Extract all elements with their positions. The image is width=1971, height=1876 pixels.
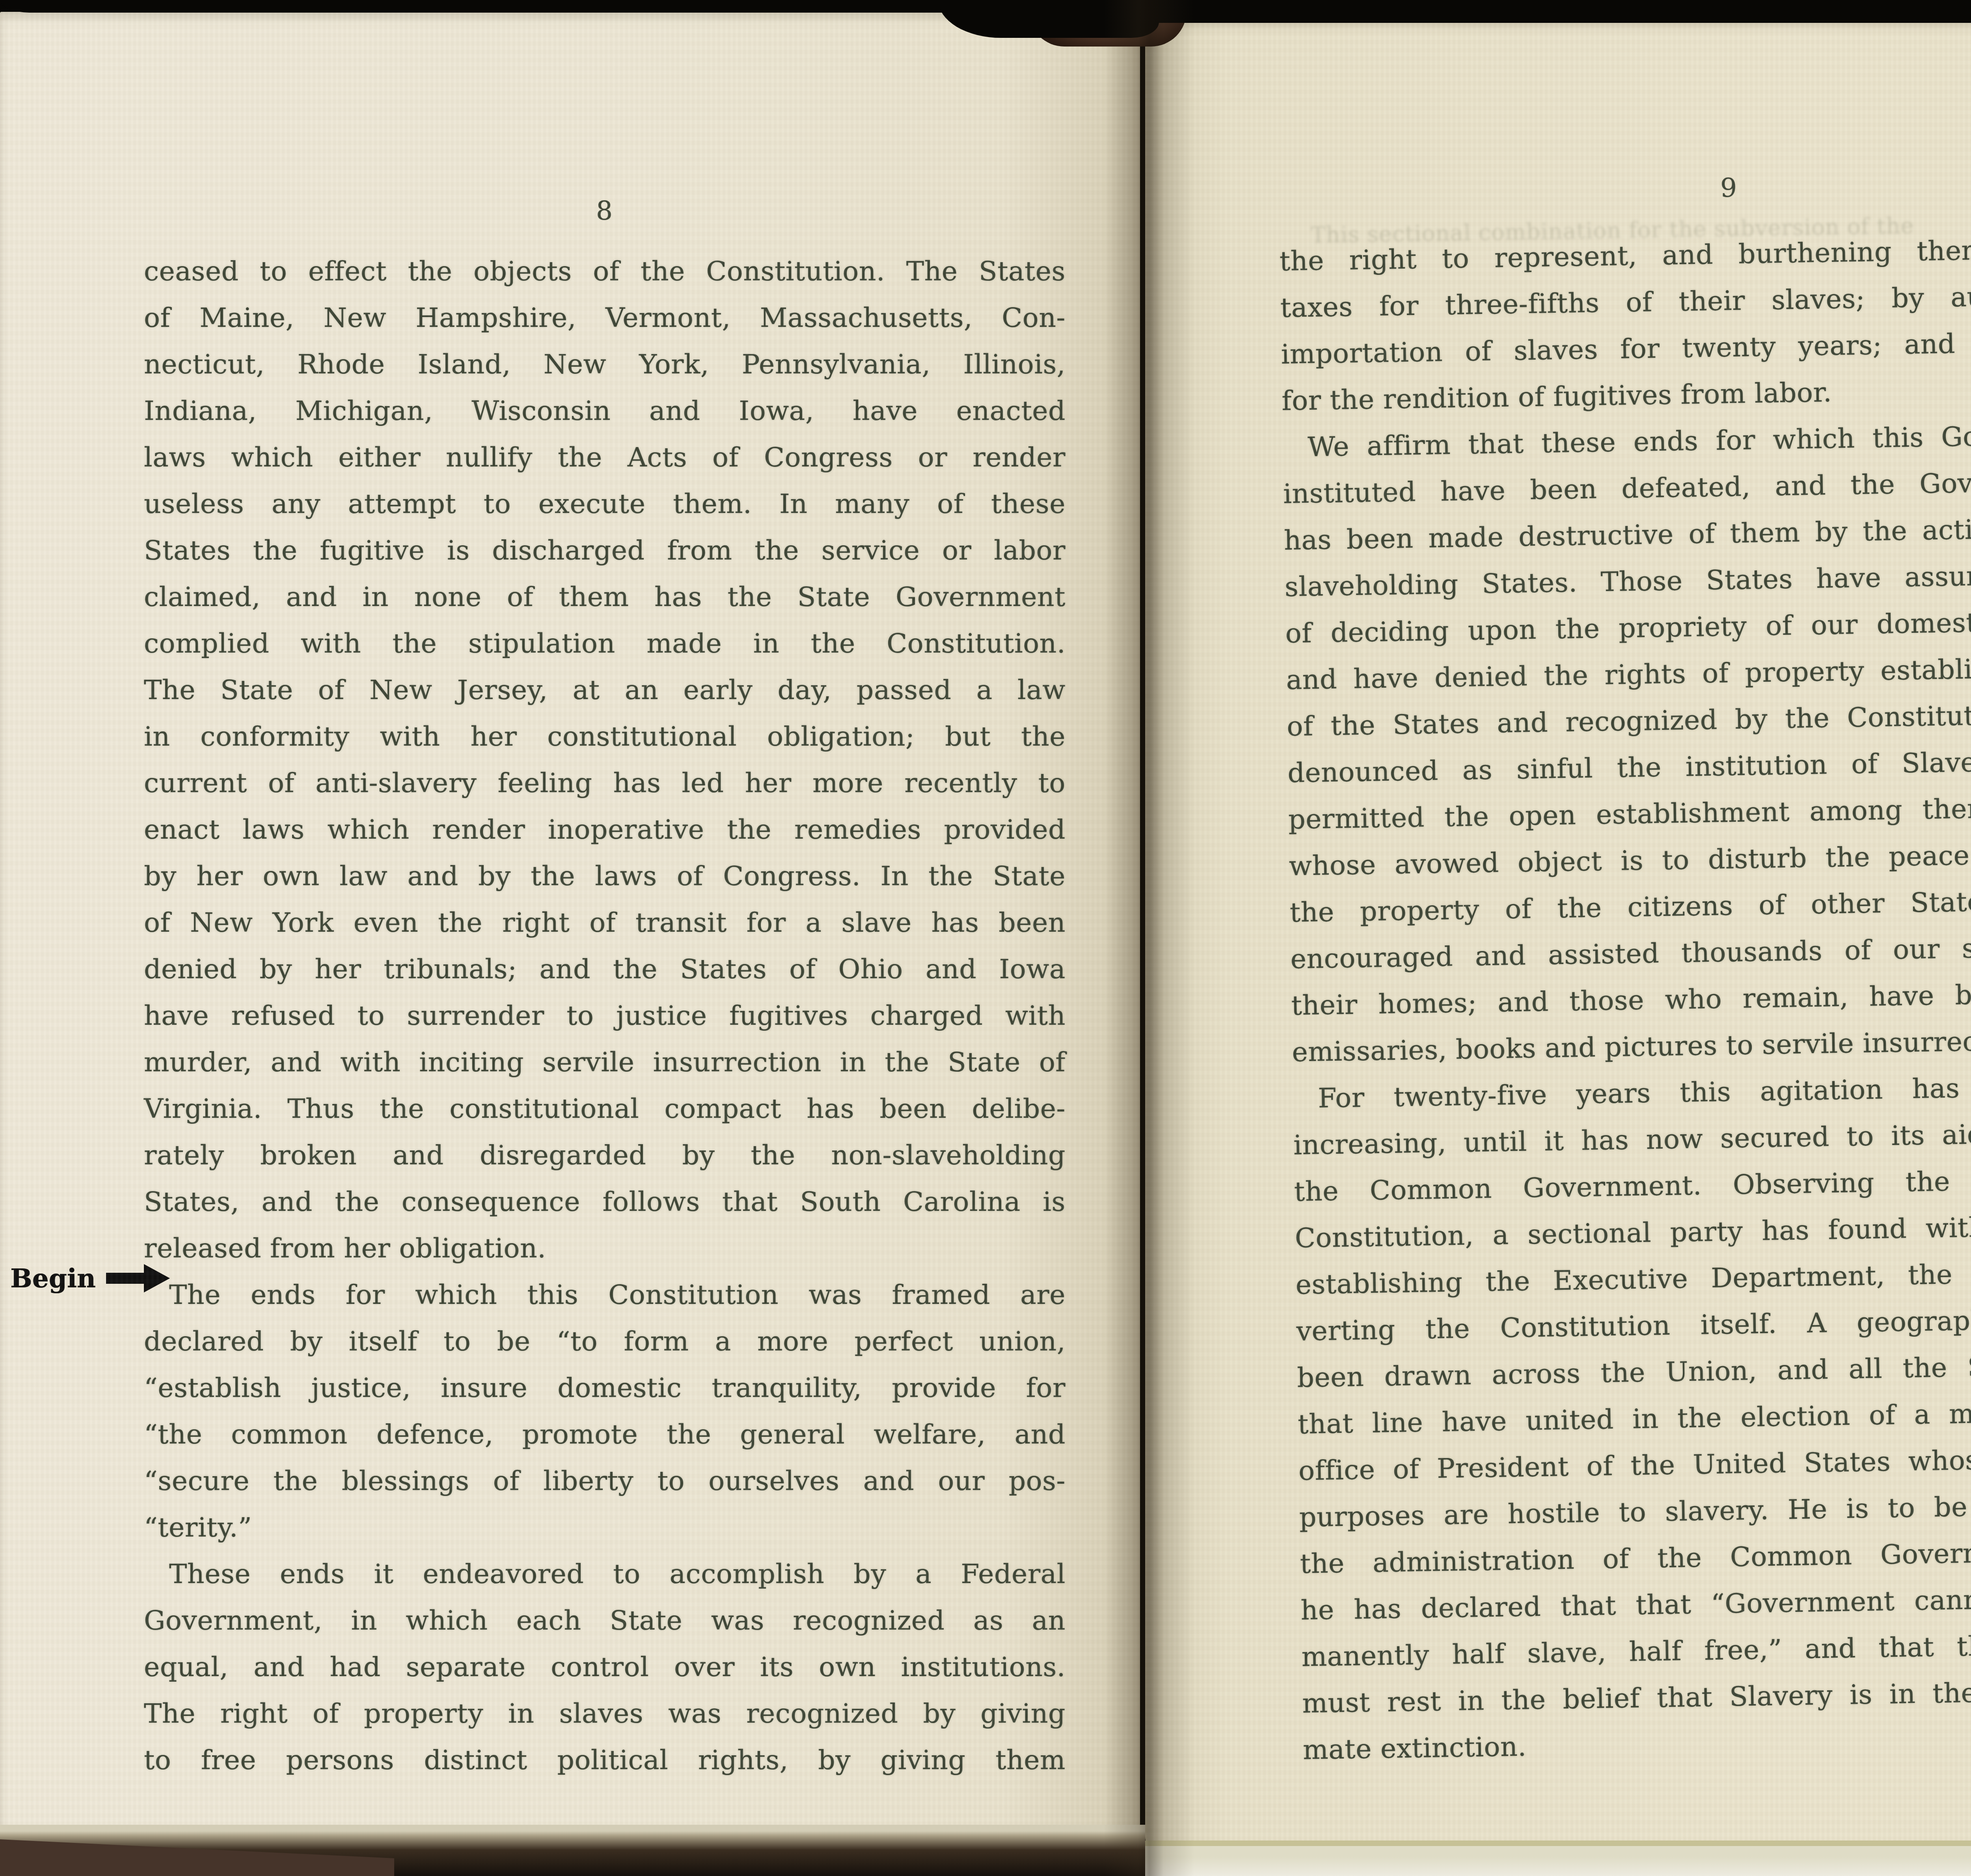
text-line: complied with the stipulation made in th… [144,621,1066,667]
text-line: The right of property in slaves was reco… [144,1691,1066,1737]
text-line: declared by itself to be “to form a more… [144,1318,1066,1365]
begin-annotation: Begin [10,1256,170,1300]
scan-edge-top-right [1155,0,1971,23]
begin-label: Begin [10,1263,96,1294]
right-page-text: the right to represent, and burthening t… [1279,224,1971,1773]
text-line: Government, in which each State was reco… [144,1598,1066,1644]
text-line: States the fugitive is discharged from t… [144,528,1066,574]
text-line: States, and the consequence follows that… [144,1179,1066,1225]
gutter-shadow [1104,0,1194,1876]
text-line: by her own law and by the laws of Congre… [144,853,1066,900]
page-underside-right [1145,1841,1971,1876]
text-line: claimed, and in none of them has the Sta… [144,574,1066,621]
text-line: in conformity with her constitutional ob… [144,714,1066,760]
book-scan: 8 ceased to effect the objects of the Co… [0,0,1971,1876]
arrow-head [144,1264,170,1292]
text-line: ceased to effect the objects of the Cons… [144,248,1066,295]
text-line: Indiana, Michigan, Wisconsin and Iowa, h… [144,388,1066,435]
text-line: denied by her tribunals; and the States … [144,946,1066,993]
left-page: 8 ceased to effect the objects of the Co… [0,12,1140,1834]
text-line: “secure the blessings of liberty to ours… [144,1458,1066,1505]
text-line: equal, and had separate control over its… [144,1644,1066,1691]
text-line: “terity.” [144,1505,1066,1551]
text-line: to free persons distinct political right… [144,1737,1066,1784]
left-page-text: ceased to effect the objects of the Cons… [144,248,1066,1784]
text-line: useless any attempt to execute them. In … [144,481,1066,528]
text-line: have refused to surrender to justice fug… [144,993,1066,1039]
text-line: Virginia. Thus the constitutional compac… [144,1086,1066,1132]
text-line: “the common defence, promote the general… [144,1412,1066,1458]
right-page-number: 9 [1279,173,1971,203]
begin-arrow-icon [106,1264,170,1292]
text-line: “establish justice, insure domestic tran… [144,1365,1066,1412]
text-line: released from her obligation. [144,1225,1066,1272]
scan-edge-top-left [0,0,1056,13]
text-line: enact laws which render inoperative the … [144,807,1066,853]
text-line: of New York even the right of transit fo… [144,900,1066,946]
text-line: rately broken and disregarded by the non… [144,1132,1066,1179]
text-line: The State of New Jersey, at an early day… [144,667,1066,714]
arrow-shaft [106,1273,144,1284]
left-page-number: 8 [144,196,1066,226]
text-line: of Maine, New Hampshire, Vermont, Massac… [144,295,1066,341]
text-line: These ends it endeavored to accomplish b… [144,1551,1066,1598]
text-line: The ends for which this Constitution was… [144,1272,1066,1318]
text-line: laws which either nullify the Acts of Co… [144,435,1066,481]
text-line: current of anti-slavery feeling has led … [144,760,1066,807]
text-line: necticut, Rhode Island, New York, Pennsy… [144,341,1066,388]
right-page: 9 This sectional combination for the sub… [1145,20,1971,1849]
text-line: murder, and with inciting servile insurr… [144,1039,1066,1086]
